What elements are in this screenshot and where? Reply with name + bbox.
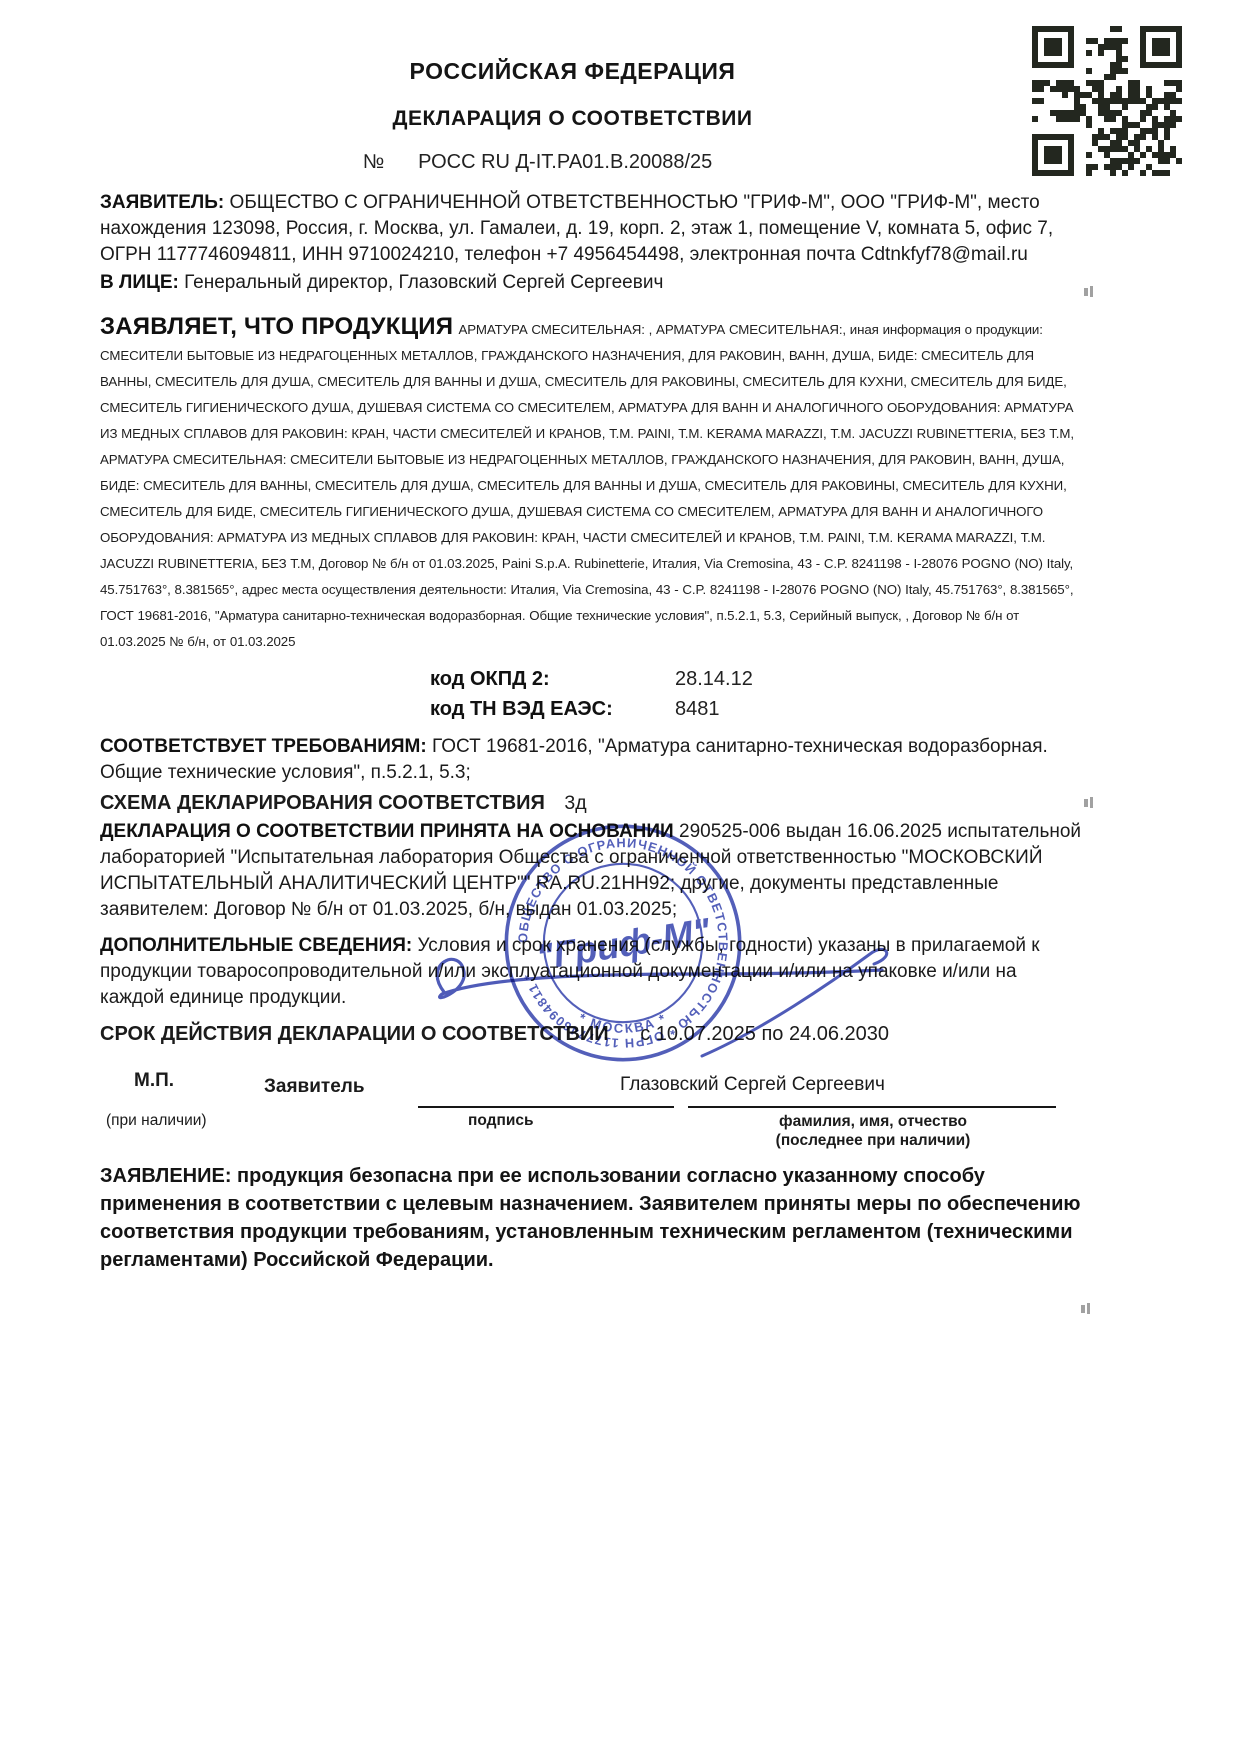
page-title: ДЕКЛАРАЦИЯ О СООТВЕТСТВИИ — [100, 107, 1045, 131]
statement-paragraph: ЗАЯВЛЕНИЕ: продукция безопасна при ее ис… — [100, 1162, 1085, 1274]
in-person-paragraph: В ЛИЦЕ: Генеральный директор, Глазовский… — [100, 270, 1085, 296]
complies-label: СООТВЕТСТВУЕТ ТРЕБОВАНИЯМ: — [100, 736, 427, 757]
complies-paragraph: СООТВЕТСТВУЕТ ТРЕБОВАНИЯМ: ГОСТ 19681-20… — [100, 734, 1085, 786]
codes-block: код ОКПД 2: 28.14.12 код ТН ВЭД ЕАЭС: 84… — [430, 664, 1085, 724]
scan-artifact — [1084, 286, 1095, 299]
signature-caption: подпись — [468, 1112, 534, 1130]
scheme-label: СХЕМА ДЕКЛАРИРОВАНИЯ СООТВЕТСТВИЯ — [100, 792, 545, 814]
name-caption-line2: (последнее при наличии) — [776, 1132, 971, 1149]
scan-artifact — [1084, 797, 1095, 810]
applicant-paragraph: ЗАЯВИТЕЛЬ: ОБЩЕСТВО С ОГРАНИЧЕННОЙ ОТВЕТ… — [100, 190, 1085, 268]
okpd-code-row: код ОКПД 2: 28.14.12 — [430, 664, 1085, 694]
declaration-number-row: №РОСС RU Д-IT.РА01.В.20088/25 — [100, 151, 975, 174]
in-person-label: В ЛИЦЕ: — [100, 272, 179, 293]
statement-text: продукция безопасна при ее использовании… — [100, 1165, 1081, 1271]
signature-line — [418, 1106, 674, 1108]
header-country: РОССИЙСКАЯ ФЕДЕРАЦИЯ — [100, 58, 1045, 85]
name-caption-line1: фамилия, имя, отчество — [779, 1113, 967, 1130]
declares-product-text: АРМАТУРА СМЕСИТЕЛЬНАЯ: , АРМАТУРА СМЕСИТ… — [100, 322, 1074, 649]
stamp-place-label: М.П. — [134, 1070, 174, 1092]
tnved-code-label: код ТН ВЭД ЕАЭС: — [430, 694, 675, 724]
signature-applicant-label: Заявитель — [264, 1076, 365, 1098]
applicant-label: ЗАЯВИТЕЛЬ: — [100, 192, 224, 213]
tnved-code-row: код ТН ВЭД ЕАЭС: 8481 — [430, 694, 1085, 724]
okpd-code-value: 28.14.12 — [675, 664, 753, 694]
stamp-place-note: (при наличии) — [106, 1112, 207, 1130]
scheme-row: СХЕМА ДЕКЛАРИРОВАНИЯ СООТВЕТСТВИЯ 3д — [100, 790, 1085, 817]
in-person-text: Генеральный директор, Глазовский Сергей … — [184, 272, 663, 293]
document-content: РОССИЙСКАЯ ФЕДЕРАЦИЯ ДЕКЛАРАЦИЯ О СООТВЕ… — [100, 40, 1085, 1294]
okpd-code-label: код ОКПД 2: — [430, 664, 675, 694]
scheme-value: 3д — [564, 792, 586, 814]
declaration-number: РОСС RU Д-IT.РА01.В.20088/25 — [418, 151, 712, 173]
declares-paragraph: ЗАЯВЛЯЕТ, ЧТО ПРОДУКЦИЯ АРМАТУРА СМЕСИТЕ… — [100, 314, 1085, 654]
scan-artifact — [1081, 1303, 1092, 1316]
name-line — [688, 1106, 1056, 1108]
declares-label: ЗАЯВЛЯЕТ, ЧТО ПРОДУКЦИЯ — [100, 313, 453, 340]
statement-label: ЗАЯВЛЕНИЕ: — [100, 1165, 231, 1187]
signature-area: М.П. (при наличии) Заявитель подпись Гла… — [100, 1062, 1085, 1154]
name-caption: фамилия, имя, отчество (последнее при на… — [708, 1112, 1038, 1150]
additional-label: ДОПОЛНИТЕЛЬНЫЕ СВЕДЕНИЯ: — [100, 935, 412, 956]
tnved-code-value: 8481 — [675, 694, 720, 724]
number-sign: № — [363, 151, 384, 173]
signatory-name: Глазовский Сергей Сергеевич — [620, 1074, 885, 1096]
applicant-text: ОБЩЕСТВО С ОГРАНИЧЕННОЙ ОТВЕТСТВЕННОСТЬЮ… — [100, 192, 1053, 265]
handwritten-signature — [402, 934, 942, 1074]
declaration-document: РОССИЙСКАЯ ФЕДЕРАЦИЯ ДЕКЛАРАЦИЯ О СООТВЕ… — [0, 0, 1240, 1754]
